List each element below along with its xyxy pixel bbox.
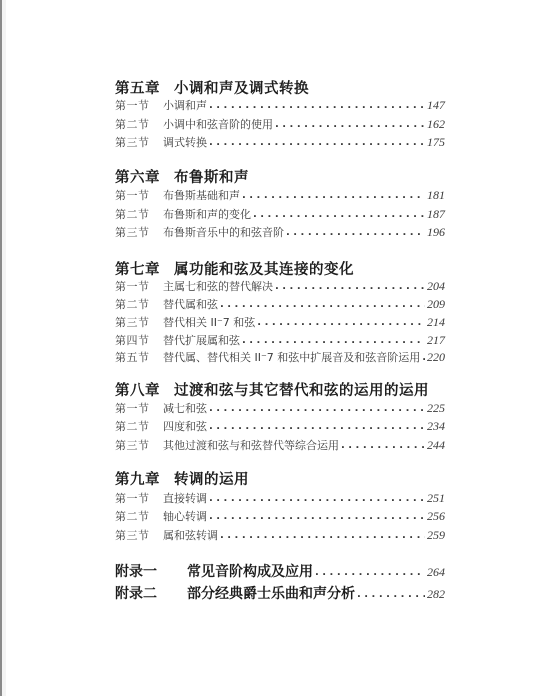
dot-leader [275,281,425,292]
dot-leader [209,421,425,432]
toc-entry[interactable]: 第一节 主属七和弦的替代解决 204 [115,278,445,294]
dot-leader [209,100,425,111]
section-number: 第二节 [115,206,163,222]
section-number: 第一节 [115,278,163,294]
page-binding-shadow [2,0,6,696]
appendix-number: 附录一 [115,561,187,581]
section-title: 替代属和弦 [163,296,218,312]
chapter-number: 第六章 [115,166,160,187]
toc-entry[interactable]: 第二节 小调中和弦音阶的使用 162 [115,116,445,132]
page-number: 259 [427,528,445,543]
toc-entry[interactable]: 第二节 布鲁斯和声的变化 187 [115,206,445,222]
appendix-entry-1[interactable]: 附录一 常见音阶构成及应用 264 [115,561,445,581]
section-title: 轴心转调 [163,508,207,524]
chapter-title: 布鲁斯和声 [174,166,249,187]
appendix-title: 部分经典爵士乐曲和声分析 [187,583,355,603]
chapter-number: 第五章 [115,77,160,98]
page-number: 234 [427,419,445,434]
section-number: 第二节 [115,116,163,132]
dot-leader [209,493,425,504]
dot-leader [422,352,425,363]
chapter-title: 转调的运用 [174,468,249,489]
section-title: 替代扩展属和弦 [163,332,240,348]
page-number: 204 [427,279,445,294]
section-title: 替代相关 II⁻7 和弦 [163,314,255,330]
dot-leader [209,403,425,414]
page-number: 244 [427,438,445,453]
chapter-title: 属功能和弦及其连接的变化 [174,258,354,279]
section-title: 属和弦转调 [163,527,218,543]
section-number: 第三节 [115,134,163,150]
toc-entry[interactable]: 第三节 替代相关 II⁻7 和弦 214 [115,314,445,330]
page-number: 264 [427,565,445,580]
section-number: 第三节 [115,224,163,240]
dot-leader [209,137,425,148]
section-number: 第三节 [115,527,163,543]
page-number: 187 [427,207,445,222]
appendix-entry-2[interactable]: 附录二 部分经典爵士乐曲和声分析 282 [115,583,445,603]
section-title: 主属七和弦的替代解决 [163,278,273,294]
page-number: 175 [427,135,445,150]
chapter-heading-9[interactable]: 第九章 转调的运用 [115,468,445,489]
section-number: 第三节 [115,437,163,453]
section-title: 四度和弦 [163,418,207,434]
section-number: 第五节 [115,349,163,365]
dot-leader [286,227,425,238]
chapter-heading-8[interactable]: 第八章 过渡和弦与其它替代和弦的运用的运用 [115,379,445,400]
dot-leader [257,317,425,328]
toc-entry[interactable]: 第一节 直接转调 251 [115,490,445,506]
section-number: 第二节 [115,296,163,312]
appendix-number: 附录二 [115,583,187,603]
section-number: 第一节 [115,187,163,203]
section-title: 直接转调 [163,490,207,506]
page-number: 220 [427,350,445,365]
section-title: 布鲁斯音乐中的和弦音阶 [163,224,284,240]
section-number: 第一节 [115,97,163,113]
page-number: 256 [427,509,445,524]
appendix-title: 常见音阶构成及应用 [187,561,313,581]
chapter-number: 第七章 [115,258,160,279]
section-title: 减七和弦 [163,400,207,416]
section-number: 第一节 [115,490,163,506]
dot-leader [209,511,425,522]
chapter-title: 过渡和弦与其它替代和弦的运用的运用 [174,379,429,400]
toc-entry[interactable]: 第五节 替代属、替代相关 II⁻7 和弦中扩展音及和弦音阶运用 220 [115,349,445,365]
chapter-title: 小调和声及调式转换 [174,77,309,98]
page-number: 196 [427,225,445,240]
section-number: 第三节 [115,314,163,330]
section-number: 第二节 [115,418,163,434]
dot-leader [315,567,425,578]
toc-entry[interactable]: 第三节 布鲁斯音乐中的和弦音阶 196 [115,224,445,240]
chapter-number: 第九章 [115,468,160,489]
page-number: 217 [427,333,445,348]
page-number: 209 [427,297,445,312]
dot-leader [357,589,425,600]
chapter-heading-6[interactable]: 第六章 布鲁斯和声 [115,166,445,187]
dot-leader [220,530,425,541]
toc-entry[interactable]: 第二节 四度和弦 234 [115,418,445,434]
page-number: 147 [427,98,445,113]
section-number: 第四节 [115,332,163,348]
toc-entry[interactable]: 第三节 属和弦转调 259 [115,527,445,543]
section-title: 布鲁斯基础和声 [163,187,240,203]
dot-leader [242,335,425,346]
page-number: 282 [427,587,445,602]
page-number: 225 [427,401,445,416]
toc-entry[interactable]: 第二节 轴心转调 256 [115,508,445,524]
toc-entry[interactable]: 第二节 替代属和弦 209 [115,296,445,312]
section-title: 替代属、替代相关 II⁻7 和弦中扩展音及和弦音阶运用 [163,349,420,365]
section-title: 布鲁斯和声的变化 [163,206,251,222]
dot-leader [341,440,425,451]
page-number: 251 [427,491,445,506]
toc-entry[interactable]: 第一节 布鲁斯基础和声 181 [115,187,445,203]
toc-entry[interactable]: 第四节 替代扩展属和弦 217 [115,332,445,348]
section-title: 小调和声 [163,97,207,113]
toc-entry[interactable]: 第三节 其他过渡和弦与和弦替代等综合运用 244 [115,437,445,453]
toc-entry[interactable]: 第三节 调式转换 175 [115,134,445,150]
section-number: 第一节 [115,400,163,416]
dot-leader [253,209,425,220]
page-number: 214 [427,315,445,330]
chapter-number: 第八章 [115,379,160,400]
chapter-heading-7[interactable]: 第七章 属功能和弦及其连接的变化 [115,258,445,279]
dot-leader [220,299,425,310]
section-title: 调式转换 [163,134,207,150]
chapter-heading-5[interactable]: 第五章 小调和声及调式转换 [115,77,445,98]
section-title: 小调中和弦音阶的使用 [163,116,273,132]
dot-leader [275,119,425,130]
toc-entry[interactable]: 第一节 减七和弦 225 [115,400,445,416]
section-title: 其他过渡和弦与和弦替代等综合运用 [163,437,339,453]
page-number: 162 [427,117,445,132]
dot-leader [242,190,425,201]
toc-entry[interactable]: 第一节 小调和声 147 [115,97,445,113]
section-number: 第二节 [115,508,163,524]
page-number: 181 [427,188,445,203]
